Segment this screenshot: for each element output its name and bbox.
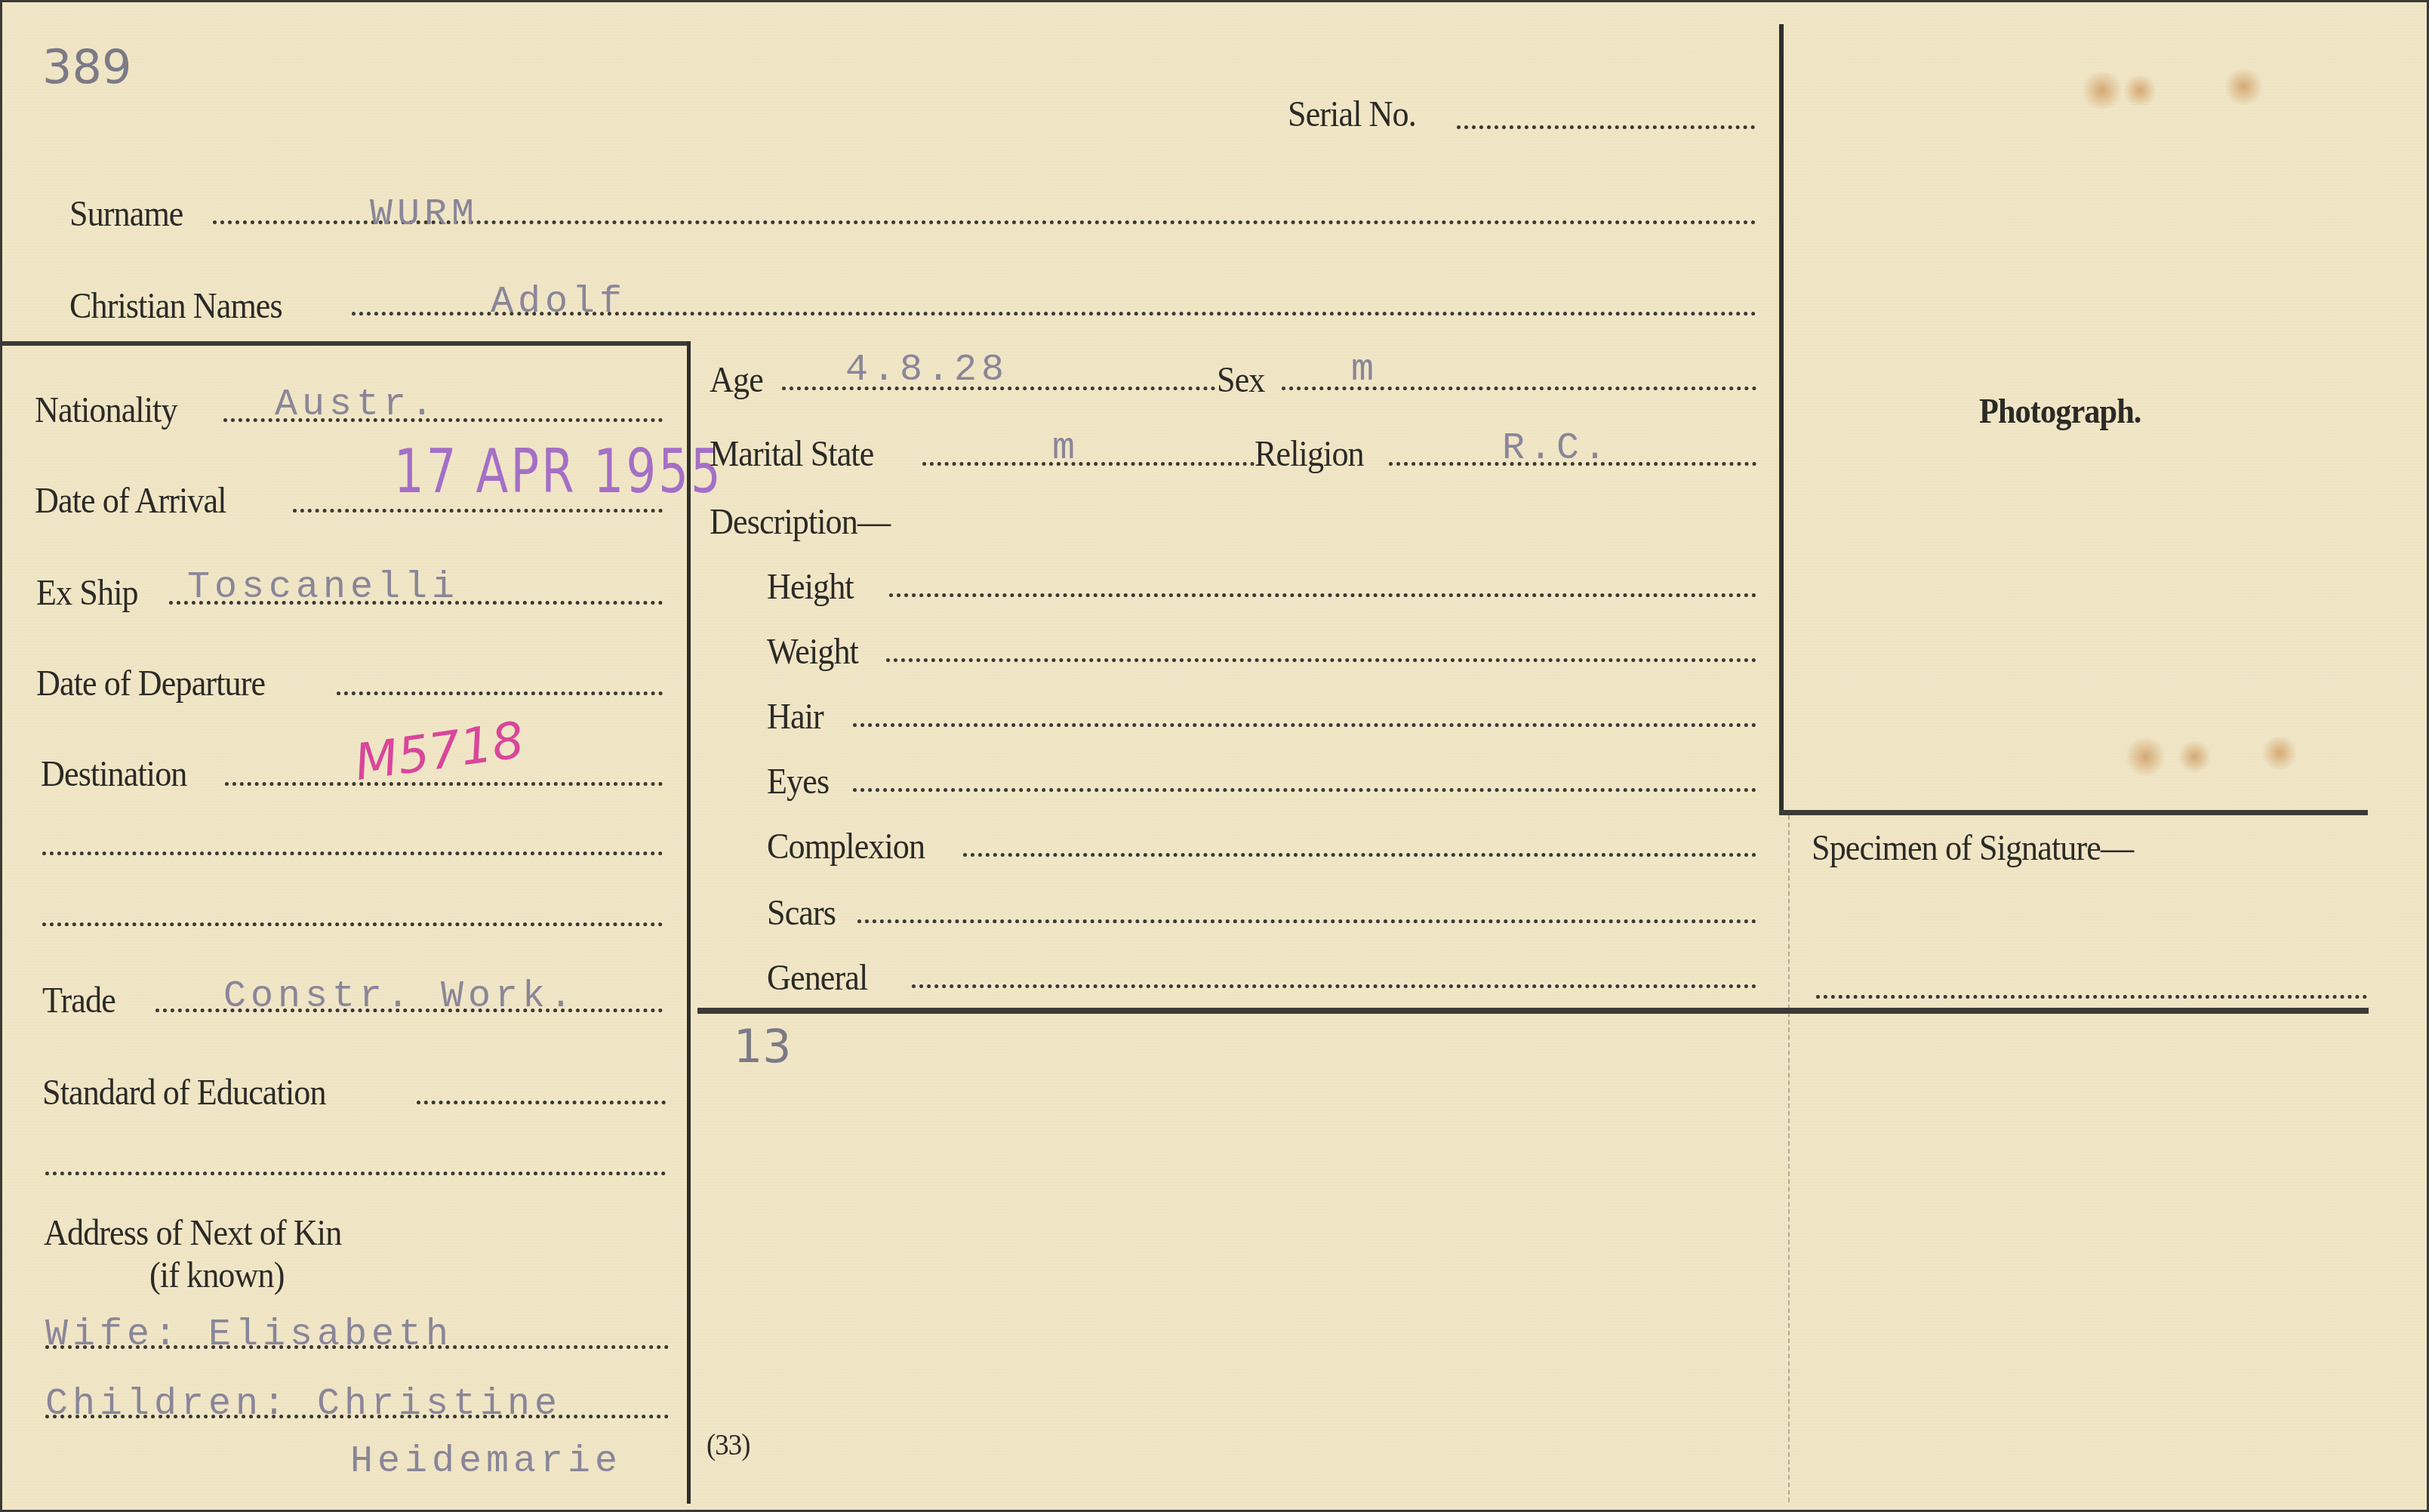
ex-ship-value: Toscanelli (187, 566, 459, 609)
religion-value: R.C. (1502, 427, 1611, 470)
eyes-field[interactable] (853, 788, 1756, 792)
destination-field[interactable] (225, 782, 663, 786)
ex-ship-label: Ex Ship (36, 572, 138, 614)
stain (2178, 740, 2212, 774)
scars-label: Scars (767, 892, 836, 934)
form-number: (33) (707, 1427, 750, 1462)
weight-label: Weight (767, 631, 858, 673)
eyes-label: Eyes (767, 761, 829, 802)
photo-box-left-rule (1779, 24, 1784, 815)
faint-divider (1788, 815, 1790, 1502)
nationality-label: Nationality (35, 390, 177, 431)
stain (2125, 736, 2166, 778)
sex-value: m (1351, 349, 1378, 392)
arrival-date-stamp: 17 APR 1955 (394, 436, 723, 507)
nationality-value: Austr. (275, 383, 438, 427)
serial-no-label: Serial No. (1288, 94, 1416, 135)
date-of-arrival-label: Date of Arrival (35, 480, 226, 522)
registration-card: 389 Serial No. Surname WURM Christian Na… (0, 0, 2429, 1512)
complexion-label: Complexion (767, 826, 925, 867)
pencil-note: 13 (734, 1021, 791, 1073)
next-of-kin-children-2: Heidemarie (350, 1440, 622, 1483)
photograph-label: Photograph. (1979, 391, 2141, 431)
left-box-right-rule (687, 341, 691, 1504)
education-extra-line[interactable] (45, 1172, 666, 1175)
next-of-kin-label: Address of Next of Kin (44, 1212, 341, 1254)
hair-label: Hair (767, 696, 824, 738)
trade-value: Constr. Work. (223, 975, 577, 1018)
next-of-kin-wife: Wife: Elisabeth (45, 1313, 453, 1356)
sex-label: Sex (1217, 359, 1264, 401)
destination-extra-line-1[interactable] (42, 851, 663, 855)
surname-label: Surname (69, 193, 183, 235)
signature-field[interactable] (1816, 995, 2367, 999)
general-label: General (767, 957, 867, 999)
surname-value: WURM (370, 193, 479, 236)
scars-field[interactable] (857, 919, 1756, 923)
christian-names-label: Christian Names (69, 285, 282, 327)
serial-no-field[interactable] (1457, 125, 1755, 129)
description-heading: Description— (710, 501, 890, 543)
date-of-departure-field[interactable] (337, 691, 663, 695)
complexion-field[interactable] (963, 853, 1756, 857)
weight-field[interactable] (886, 658, 1756, 662)
age-label: Age (710, 359, 763, 401)
standard-of-education-field[interactable] (417, 1101, 666, 1104)
date-of-departure-label: Date of Departure (36, 663, 265, 704)
general-field[interactable] (912, 984, 1756, 988)
standard-of-education-label: Standard of Education (42, 1072, 326, 1113)
religion-label: Religion (1255, 433, 1364, 475)
age-value: 4.8.28 (845, 349, 1008, 392)
trade-label: Trade (42, 980, 115, 1021)
stain (2261, 736, 2298, 770)
stain (2121, 75, 2159, 106)
destination-label: Destination (41, 753, 186, 795)
date-of-arrival-field[interactable] (293, 509, 663, 513)
height-label: Height (767, 566, 854, 608)
photo-box-bottom-rule (1779, 810, 2368, 815)
description-bottom-rule (697, 1008, 2369, 1014)
marital-state-label: Marital State (710, 433, 873, 475)
height-field[interactable] (889, 593, 1756, 597)
left-box-top-rule (0, 341, 690, 346)
marital-state-value: m (1052, 427, 1079, 470)
hair-field[interactable] (853, 723, 1756, 727)
destination-value: M5718 (351, 710, 527, 792)
signature-label: Specimen of Signature— (1812, 827, 2133, 869)
christian-names-value: Adolf (491, 281, 626, 324)
marital-state-field[interactable] (922, 462, 1255, 466)
stain (2223, 68, 2264, 106)
next-of-kin-children: Children: Christine (45, 1383, 562, 1426)
destination-extra-line-2[interactable] (42, 922, 663, 926)
stain (2080, 72, 2125, 109)
corner-number: 389 (42, 39, 131, 94)
next-of-kin-sublabel: (if known) (149, 1255, 284, 1296)
